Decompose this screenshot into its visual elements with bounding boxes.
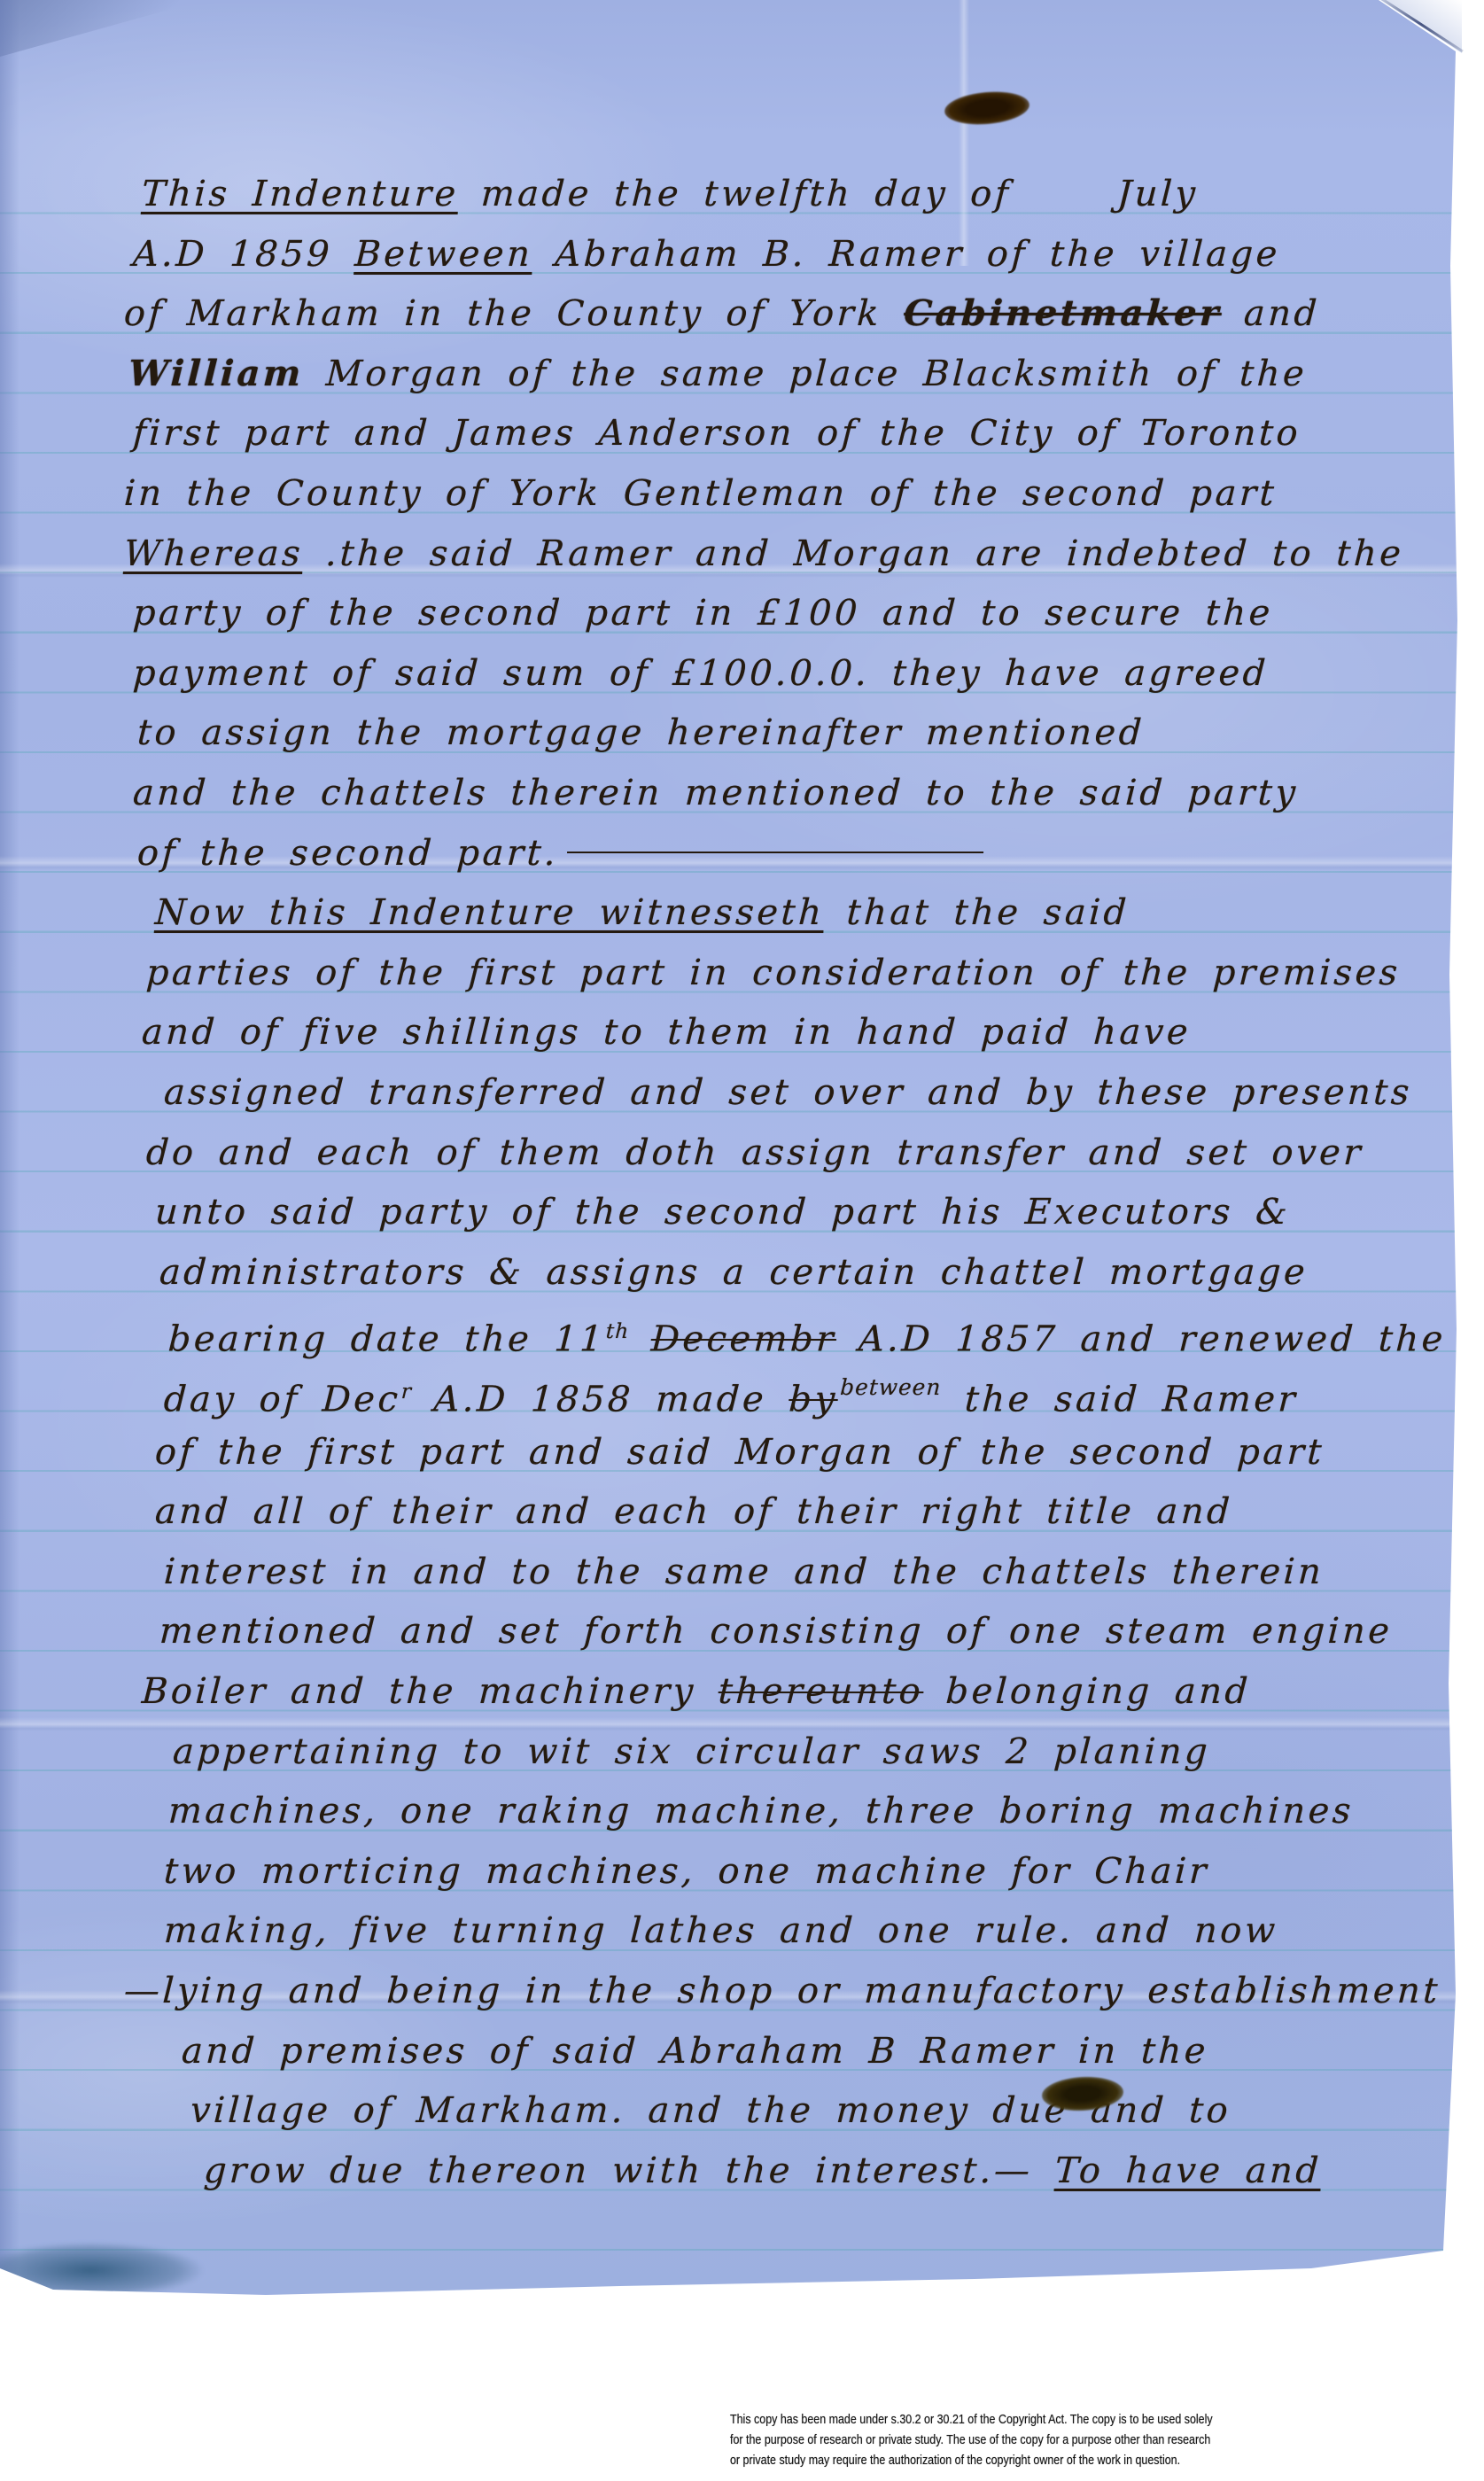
handwritten-line-28: machines, one raking machine, three bori… xyxy=(167,1791,1355,1832)
handwritten-segment: administrators & assigns a certain chatt… xyxy=(159,1252,1309,1293)
handwritten-segment: Morgan of the same place Blacksmith of t… xyxy=(303,354,1309,394)
handwritten-line-17: do and each of them doth assign transfer… xyxy=(145,1132,1364,1173)
copyright-line-1: This copy has been made under s.30.2 or … xyxy=(730,2410,1233,2430)
handwritten-segment xyxy=(567,852,983,853)
handwritten-segment: thereunto xyxy=(718,1671,925,1712)
handwritten-line-31: —lying and being in the shop or manufact… xyxy=(123,1971,1441,2011)
handwritten-segment: Boiler and the machinery xyxy=(141,1671,719,1712)
handwritten-line-34: grow due thereon with the interest.— To … xyxy=(203,2150,1323,2191)
handwritten-segment: do and each of them doth assign transfer… xyxy=(145,1132,1364,1173)
handwritten-line-27: appertaining to wit six circular saws 2 … xyxy=(172,1731,1212,1772)
handwritten-segment: July xyxy=(1116,174,1200,214)
handwritten-line-4: William Morgan of the same place Blacksm… xyxy=(128,354,1309,394)
teal-smudge xyxy=(0,2222,266,2302)
handwritten-segment: appertaining to wit six circular saws 2 … xyxy=(172,1731,1212,1772)
handwritten-line-16: assigned transferred and set over and by… xyxy=(163,1072,1413,1113)
copyright-line-2: for the purpose of research or private s… xyxy=(730,2430,1233,2451)
handwritten-segment: unto said party of the second part his E… xyxy=(154,1192,1292,1233)
handwritten-line-13: Now this Indenture witnesseth that the s… xyxy=(154,892,1130,933)
handwritten-line-24: interest in and to the same and the chat… xyxy=(163,1552,1325,1592)
handwritten-line-8: party of the second part in £100 and to … xyxy=(132,593,1274,634)
handwritten-segment: party of the second part in £100 and to … xyxy=(132,593,1274,634)
handwritten-segment: of Markham in the County of York xyxy=(123,293,905,334)
handwritten-segment: Between xyxy=(354,234,533,275)
handwritten-line-2: A.D 1859 Between Abraham B. Ramer of the… xyxy=(132,234,1281,275)
handwritten-line-9: payment of said sum of £100.0.0. they ha… xyxy=(132,653,1270,694)
handwritten-segment: Now this Indenture witnesseth xyxy=(154,892,826,933)
handwritten-line-6: in the County of York Gentleman of the s… xyxy=(123,473,1278,514)
handwritten-segment: between xyxy=(840,1374,943,1400)
fold-crease xyxy=(959,0,969,266)
handwritten-segment: William xyxy=(128,353,305,394)
handwritten-line-30: making, five turning lathes and one rule… xyxy=(163,1910,1279,1951)
scanned-document-image: This Indenture made the twelfth day ofJu… xyxy=(0,0,1484,2481)
handwritten-line-5: first part and James Anderson of the Cit… xyxy=(132,413,1302,454)
handwritten-segment: and premises of said Abraham B Ramer in … xyxy=(181,2031,1209,2072)
handwritten-line-22: of the first part and said Morgan of the… xyxy=(154,1432,1325,1473)
copyright-notice: This copy has been made under s.30.2 or … xyxy=(730,2410,1315,2471)
handwritten-line-20: bearing date the 11th Decembr A.D 1857 a… xyxy=(167,1311,1484,1359)
handwritten-segment: of the first part and said Morgan of the… xyxy=(154,1432,1325,1473)
handwritten-segment: interest in and to the same and the chat… xyxy=(163,1552,1325,1592)
handwritten-segment: by xyxy=(788,1379,839,1419)
handwritten-line-26: Boiler and the machinery thereunto belon… xyxy=(141,1671,1252,1712)
handwritten-segment: A.D 1857 and renewed the 9 xyxy=(835,1318,1484,1359)
handwritten-segment: making, five turning lathes and one rule… xyxy=(163,1910,1279,1951)
handwritten-segment xyxy=(627,1318,652,1359)
copyright-line-3: or private study may require the authori… xyxy=(730,2451,1233,2471)
handwritten-segment: belonging and xyxy=(922,1671,1252,1712)
handwritten-line-11: and the chattels therein mentioned to th… xyxy=(132,773,1300,813)
handwritten-segment: of the second part. xyxy=(136,833,560,874)
handwritten-line-29: two morticing machines, one machine for … xyxy=(163,1851,1210,1892)
handwritten-segment: the said Ramer xyxy=(941,1379,1299,1419)
handwritten-line-18: unto said party of the second part his E… xyxy=(154,1192,1292,1233)
handwritten-segment: To have and xyxy=(1054,2150,1323,2191)
handwritten-segment: A.D 1858 made xyxy=(410,1379,789,1419)
handwritten-segment: .the said Ramer and Morgan are indebted … xyxy=(302,533,1405,574)
handwritten-segment: and of five shillings to them in hand pa… xyxy=(141,1012,1193,1053)
handwritten-segment: bearing date the 11 xyxy=(167,1318,607,1359)
handwritten-line-12: of the second part. xyxy=(136,833,985,874)
handwritten-line-7: Whereas .the said Ramer and Morgan are i… xyxy=(123,533,1405,574)
handwritten-segment: Decembr xyxy=(650,1318,837,1359)
handwritten-segment: parties of the first part in considerati… xyxy=(145,953,1402,993)
handwritten-segment: and the chattels therein mentioned to th… xyxy=(132,773,1300,813)
handwritten-segment: mentioned and set forth consisting of on… xyxy=(159,1611,1394,1652)
handwritten-segment: assigned transferred and set over and by… xyxy=(163,1072,1413,1113)
handwritten-line-14: parties of the first part in considerati… xyxy=(145,953,1402,993)
handwritten-segment: payment of said sum of £100.0.0. they ha… xyxy=(132,653,1270,694)
handwritten-segment: This Indenture xyxy=(141,174,460,214)
handwritten-line-15: and of five shillings to them in hand pa… xyxy=(141,1012,1193,1053)
handwritten-segment: Abraham B. Ramer of the village xyxy=(532,234,1281,275)
left-edge-shadow xyxy=(0,0,19,2295)
handwritten-line-25: mentioned and set forth consisting of on… xyxy=(159,1611,1394,1652)
handwritten-segment: A.D 1859 xyxy=(132,234,356,275)
handwritten-line-23: and all of their and each of their right… xyxy=(154,1491,1234,1532)
handwritten-segment: made the twelfth day of xyxy=(458,174,1013,214)
handwritten-segment: two morticing machines, one machine for … xyxy=(163,1851,1210,1892)
blue-paper-sheet: This Indenture made the twelfth day ofJu… xyxy=(0,0,1462,2297)
handwritten-segment: first part and James Anderson of the Cit… xyxy=(132,413,1302,454)
handwritten-segment: day of Dec xyxy=(163,1379,402,1419)
handwritten-segment: and xyxy=(1220,293,1320,334)
handwritten-line-32: and premises of said Abraham B Ramer in … xyxy=(181,2031,1209,2072)
handwritten-segment: to assign the mortgage hereinafter menti… xyxy=(136,712,1146,753)
handwritten-line-1: This Indenture made the twelfth day ofJu… xyxy=(141,174,1200,214)
handwritten-segment: Whereas xyxy=(123,533,305,574)
handwritten-line-3: of Markham in the County of York Cabinet… xyxy=(123,293,1321,334)
handwritten-segment: in the County of York Gentleman of the s… xyxy=(123,473,1278,514)
handwritten-segment: machines, one raking machine, three bori… xyxy=(167,1791,1355,1832)
fold-crease xyxy=(0,1717,1462,1731)
handwritten-segment: —lying and being in the shop or manufact… xyxy=(123,1971,1441,2011)
handwritten-segment: and all of their and each of their right… xyxy=(154,1491,1234,1532)
handwritten-segment: that the said xyxy=(823,892,1130,933)
top-left-corner-shadow xyxy=(0,0,204,57)
handwritten-line-10: to assign the mortgage hereinafter menti… xyxy=(136,712,1146,753)
handwritten-line-21: day of Decr A.D 1858 made bybetween the … xyxy=(162,1372,1299,1424)
handwritten-line-19: administrators & assigns a certain chatt… xyxy=(159,1252,1309,1293)
handwritten-segment: th xyxy=(605,1319,630,1343)
handwritten-segment: grow due thereon with the interest.— xyxy=(203,2150,1056,2191)
handwritten-segment: Cabinetmaker xyxy=(903,292,1223,334)
